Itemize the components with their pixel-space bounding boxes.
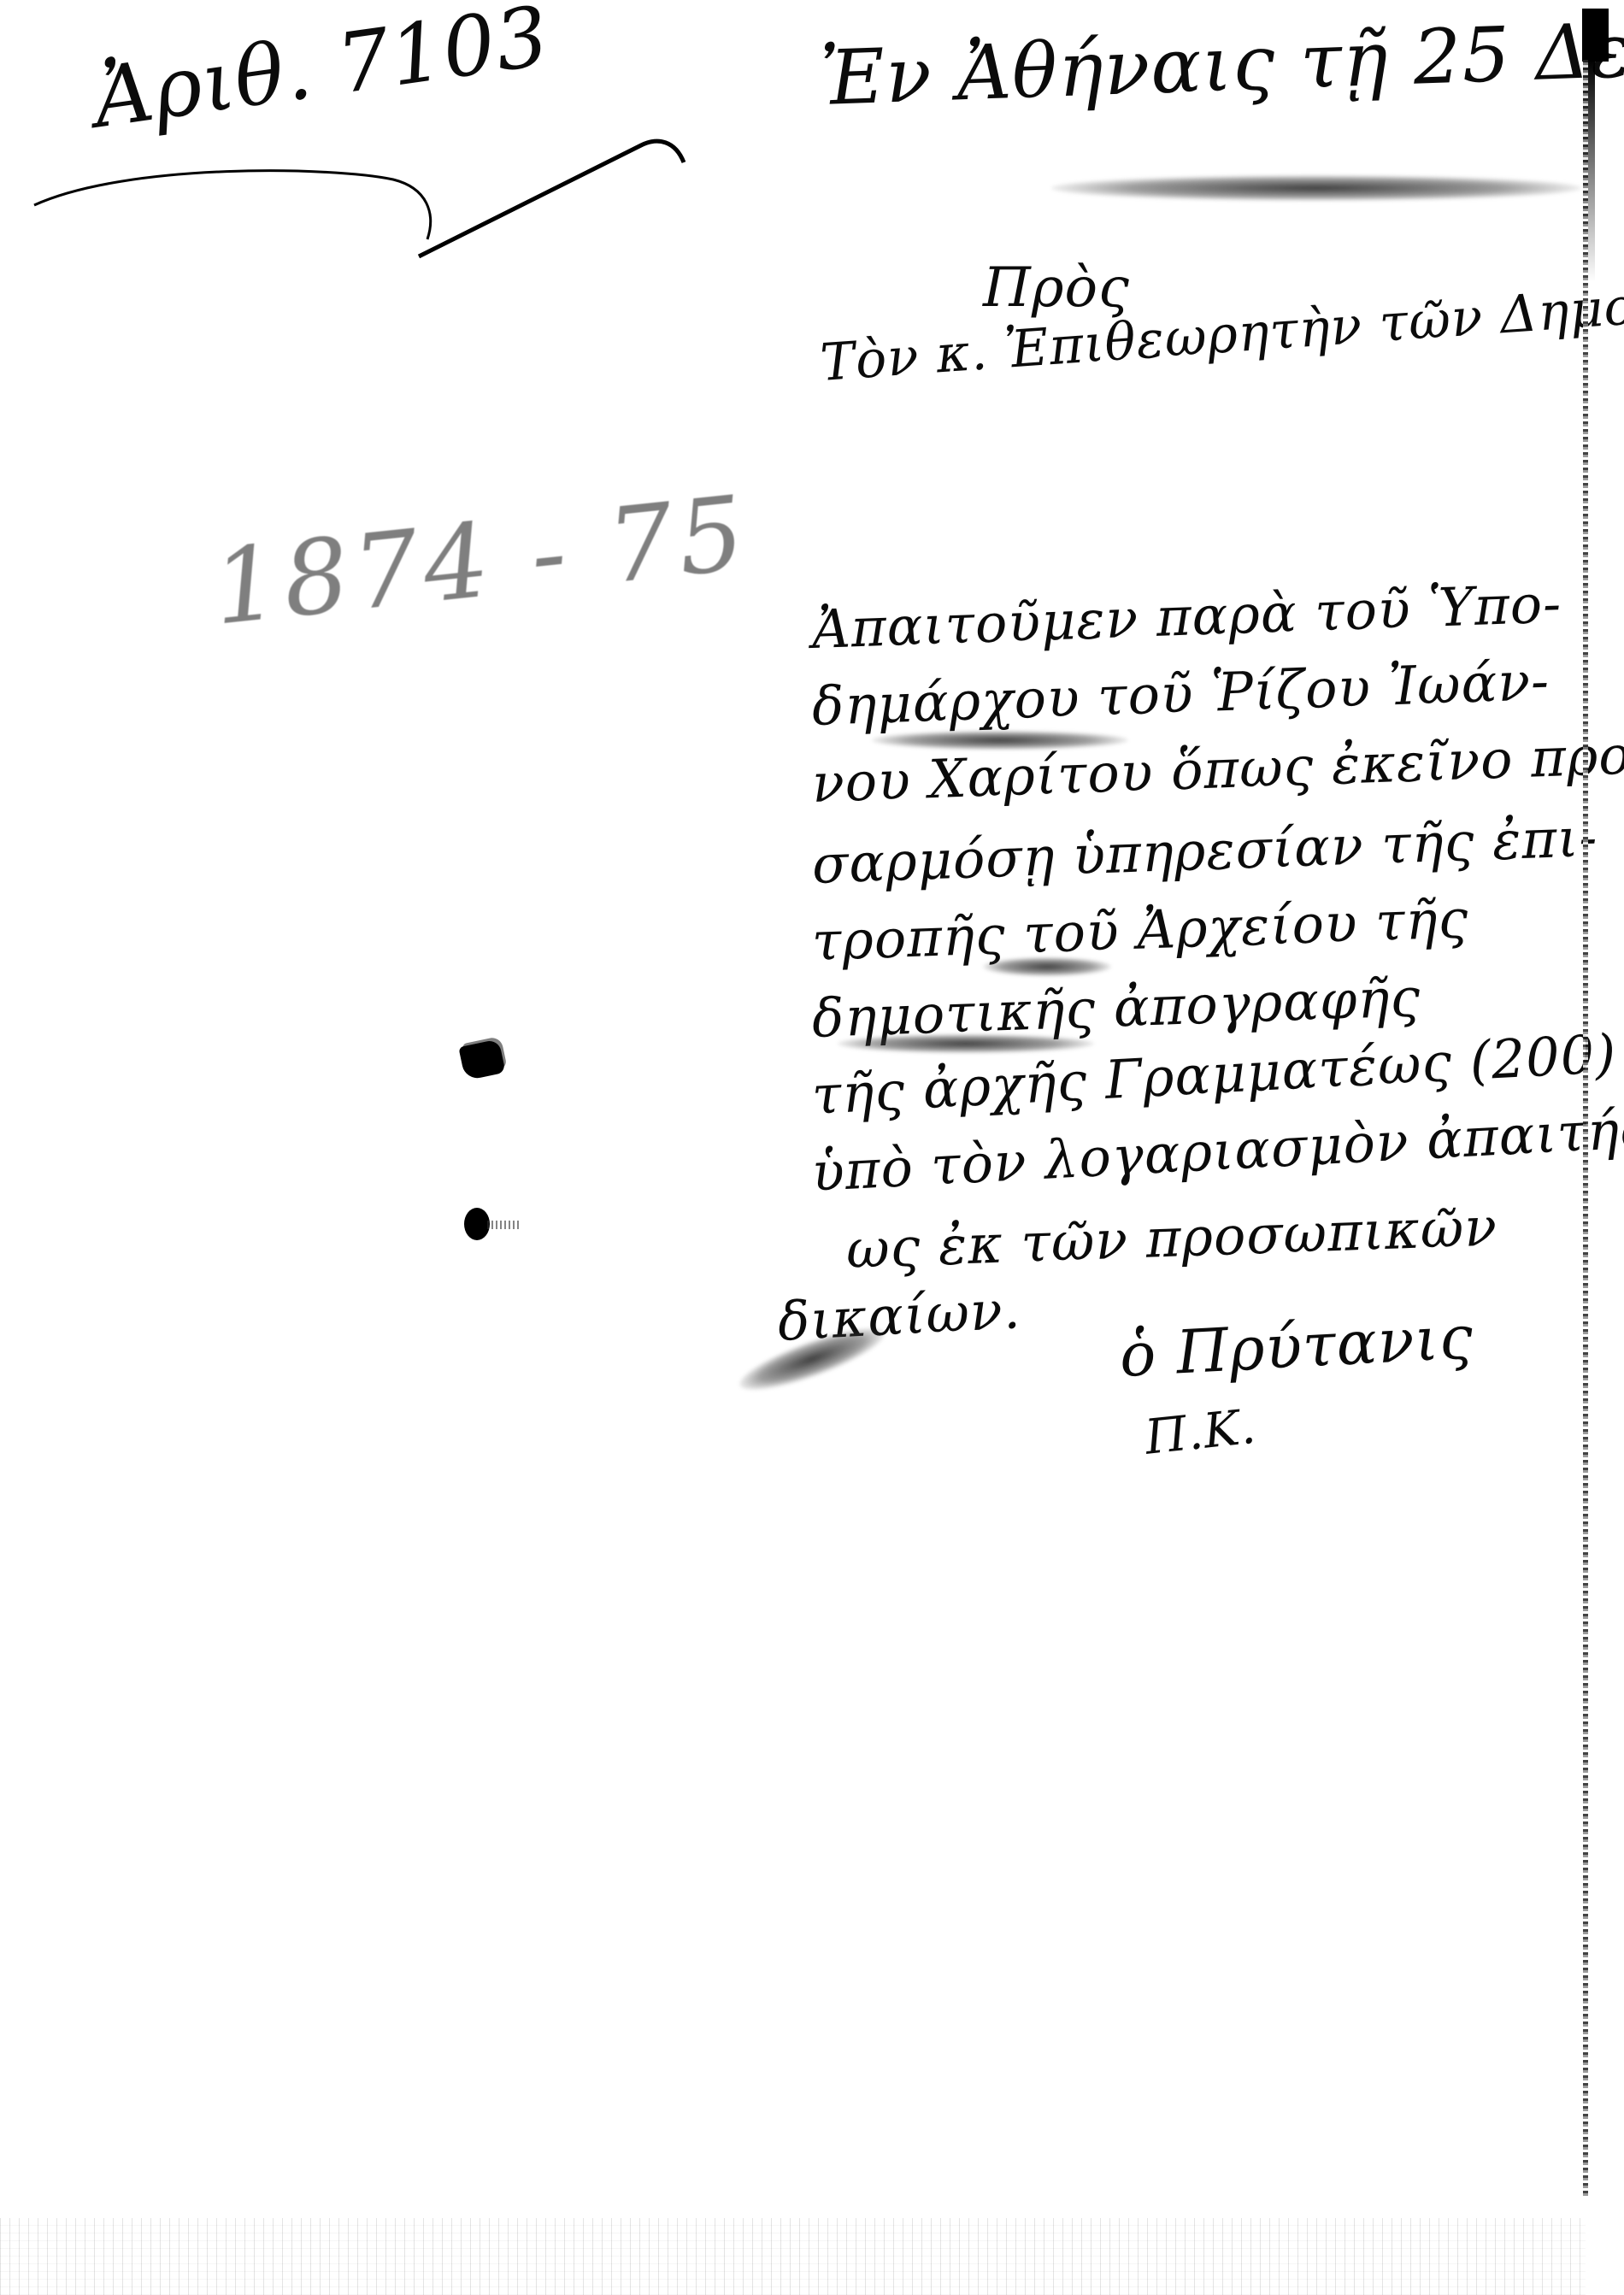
scanned-letter-page: Ἀριθ. 7103 Ἐν Ἀθήναις τῇ 25 Δεκεμ. 1874.… [0, 0, 1624, 2295]
pencil-underline [983, 957, 1111, 976]
body-line: δημάρχου τοῦ Ῥίζου Ἰωάν- [811, 650, 1550, 738]
signature-title: ὁ Πρύτανις [1118, 1302, 1475, 1391]
reference-flourish-icon [26, 128, 709, 265]
pencil-underline [1051, 175, 1581, 201]
body-line: Ἀπαιτοῦμεν παρὰ τοῦ Ὑπο- [811, 572, 1562, 661]
body-line: τροπῆς τοῦ Ἀρχείου τῆς [811, 887, 1470, 973]
signature-initials: Π.Κ. [1143, 1399, 1259, 1466]
pencil-annotation: 1874 - 75 [208, 474, 755, 649]
page-right-edge [1583, 60, 1588, 2197]
scan-bottom-noise [0, 2218, 1586, 2295]
addressee: Τὸν κ. Ἐπιθεωρητὴν τῶν Δημογραφικῶν [819, 258, 1624, 393]
salutation: Πρὸς [983, 256, 1130, 320]
date-line: Ἐν Ἀθήναις τῇ 25 Δεκεμ. 1874. [819, 0, 1624, 122]
body-line: σαρμόσῃ ὑπηρεσίαν τῆς ἐπι- [811, 806, 1599, 896]
scan-edge-marker [1582, 9, 1609, 62]
ink-blot [458, 1039, 505, 1080]
ink-blot [464, 1208, 490, 1240]
ink-blot-trail [487, 1221, 521, 1229]
reference-number: Ἀριθ. 7103 [87, 0, 555, 146]
pencil-underline [838, 1034, 1094, 1053]
body-line: ως ἐκ τῶν προσωπικῶν [845, 1195, 1498, 1280]
